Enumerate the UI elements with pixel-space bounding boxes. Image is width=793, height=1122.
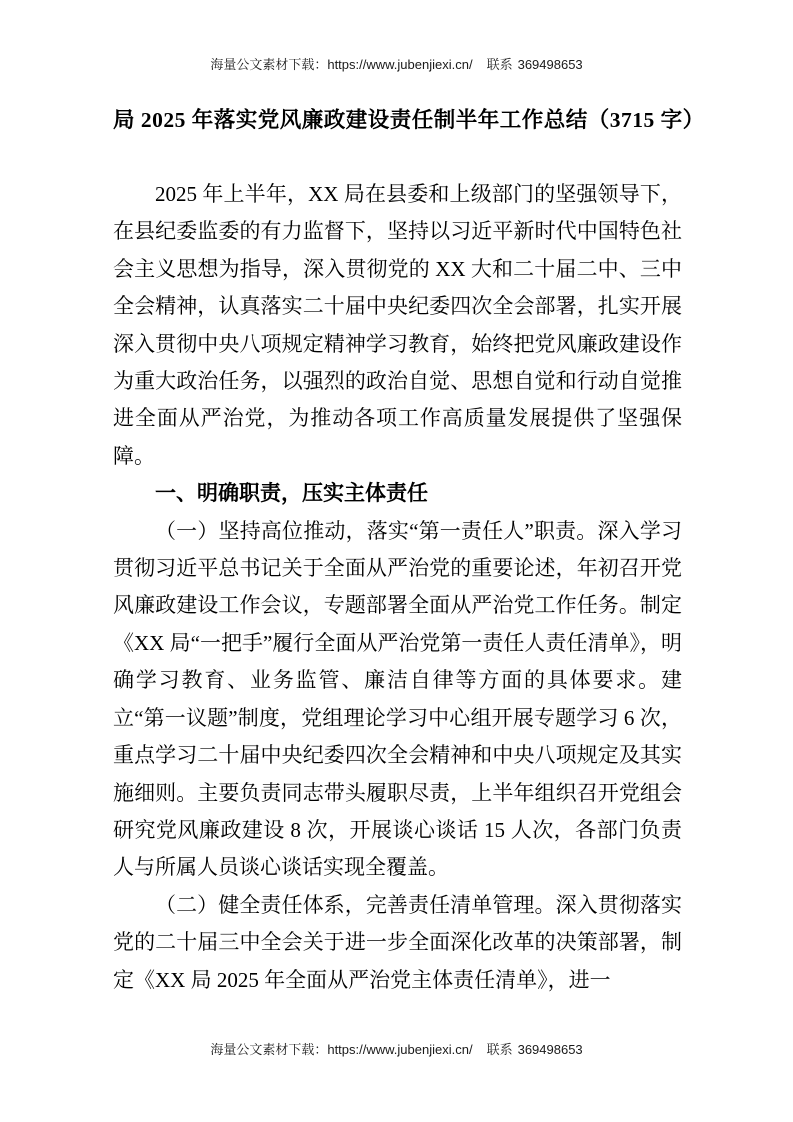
- paragraph-item-1: （一）坚持高位推动，落实“第一责任人”职责。深入学习贯彻习近平总书记关于全面从严…: [113, 513, 682, 887]
- document-title: 局 2025 年落实党风廉政建设责任制半年工作总结（3715 字）: [113, 100, 682, 140]
- header-contact-number: 369498653: [518, 57, 583, 72]
- paragraph-item-2: （二）健全责任体系，完善责任清单管理。深入贯彻落实党的二十届三中全会关于进一步全…: [113, 887, 682, 999]
- section-heading-1: 一、明确职责，压实主体责任: [113, 475, 682, 512]
- footer-contact-number: 369498653: [518, 1042, 583, 1057]
- header-site-label: 海量公文素材下载：: [210, 57, 327, 72]
- paragraph-intro: 2025 年上半年，XX 局在县委和上级部门的坚强领导下，在县纪委监委的有力监督…: [113, 176, 682, 475]
- footer-url: https://www.jubenjiexi.cn/: [327, 1042, 472, 1057]
- document-content: 局 2025 年落实党风廉政建设责任制半年工作总结（3715 字） 2025 年…: [113, 100, 682, 999]
- document-body: 2025 年上半年，XX 局在县委和上级部门的坚强领导下，在县纪委监委的有力监督…: [113, 176, 682, 999]
- footer-contact-label: 联系: [487, 1042, 513, 1057]
- page-header: 海量公文素材下载：https://www.jubenjiexi.cn/联系369…: [0, 56, 793, 74]
- page-footer: 海量公文素材下载：https://www.jubenjiexi.cn/联系369…: [0, 1041, 793, 1059]
- header-url: https://www.jubenjiexi.cn/: [327, 57, 472, 72]
- header-contact-label: 联系: [487, 57, 513, 72]
- document-page: 海量公文素材下载：https://www.jubenjiexi.cn/联系369…: [0, 0, 793, 1122]
- footer-site-label: 海量公文素材下载：: [210, 1042, 327, 1057]
